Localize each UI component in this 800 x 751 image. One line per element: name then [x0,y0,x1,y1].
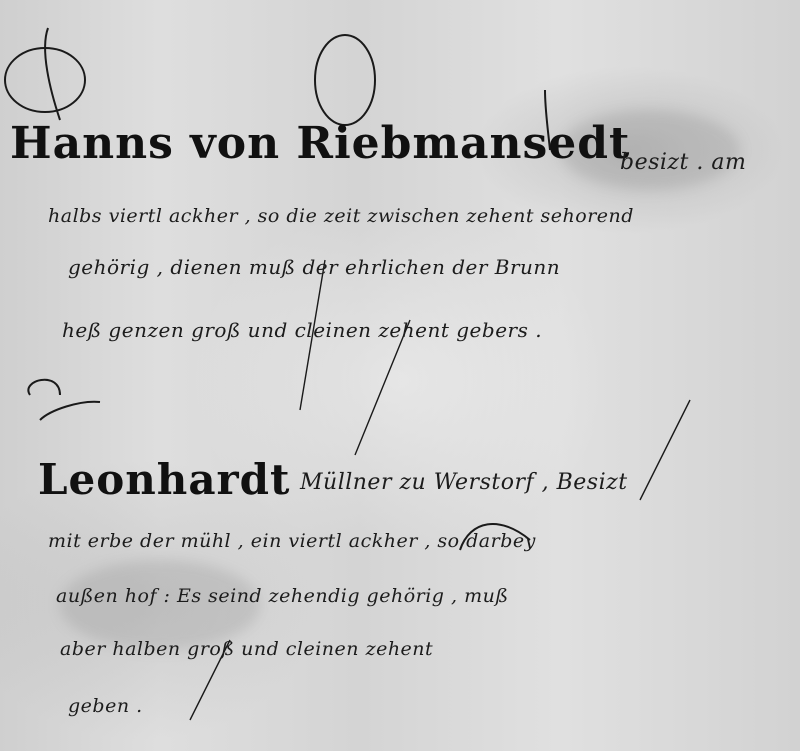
entry-1-line-3: heß genzen groß und cleinen zehent geber… [62,318,542,342]
entry-2-heading: Leonhardt [38,455,290,504]
entry-2-line-4: geben . [68,695,143,717]
entry-1-line-1: halbs viertl ackher , so die zeit zwisch… [48,205,634,227]
entry-1-heading-tail: besizt . am [620,150,746,175]
manuscript-page: Hanns von Riebmansedt besizt . am halbs … [0,0,800,751]
entry-2-line-1: mit erbe der mühl , ein viertl ackher , … [48,530,536,552]
entry-1-line-2: gehörig , dienen muß der ehrlichen der B… [68,255,560,279]
entry-1-heading: Hanns von Riebmansedt [10,118,630,169]
entry-2-line-3: aber halben groß und cleinen zehent [60,638,433,660]
entry-2-heading-tail: Müllner zu Werstorf , Besizt [300,470,628,495]
entry-2-line-2: außen hof : Es seind zehendig gehörig , … [56,585,509,607]
